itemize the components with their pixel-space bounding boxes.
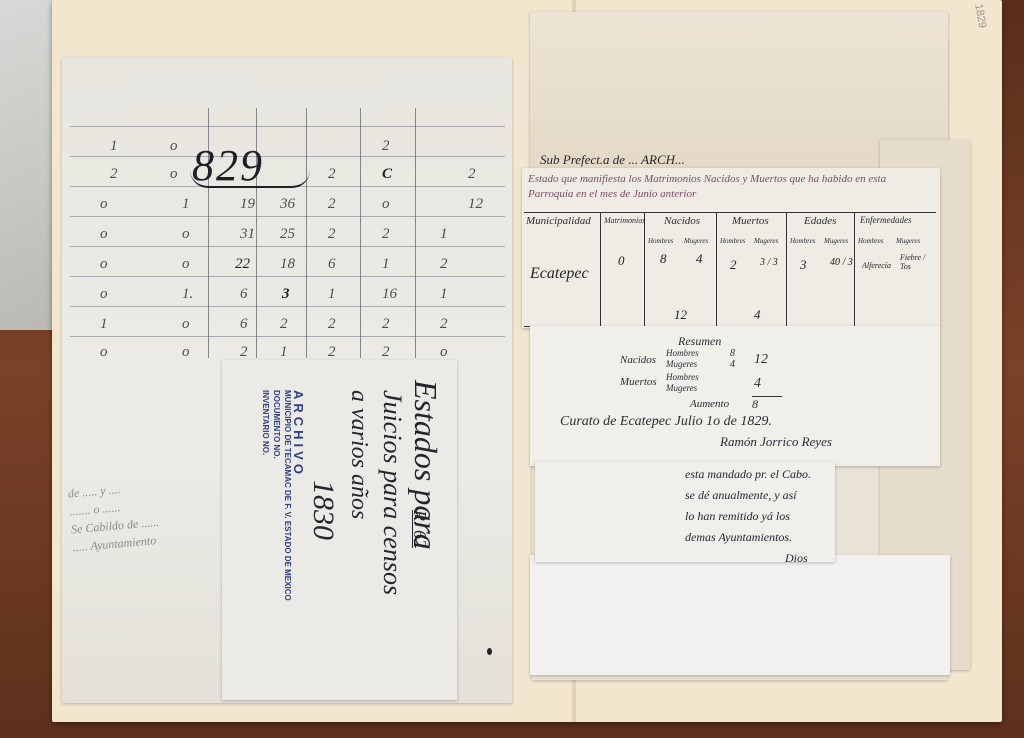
summary-signature: Ramón Jorrico Reyes (720, 434, 832, 450)
ledger-cell: 1 (440, 286, 448, 303)
register-subheader: Mugeres (684, 237, 708, 245)
summary-muertos-total: 4 (754, 376, 761, 392)
letter-fragment: esta mandado pr. el Cabo. se dé anualmen… (535, 462, 835, 562)
stamp-inventory-no: INVENTARIO NO. (260, 390, 271, 601)
ledger-table: 1 o 2 2 o 2 C 2 o 1 19 36 2 o 12 o o 31 … (70, 108, 505, 358)
register-table: Municipalidad Matrimonios Nacidos Muerto… (524, 212, 936, 327)
ledger-cell: 1 (110, 138, 118, 155)
ledger-cell: 1 (440, 226, 448, 243)
summary-nacidos-total: 12 (754, 352, 768, 368)
letter-line: lo han remitido yá los (685, 506, 811, 527)
ledger-cell: C (382, 166, 392, 183)
ledger-cell: 1 (328, 286, 336, 303)
letter-line: se dé anualmente, y así (685, 485, 811, 506)
letter-line: Dios (685, 548, 811, 569)
ledger-cell: 2 (110, 166, 118, 183)
archive-cover-sheet: ARCHIVO MUNICIPIO DE TECAMAC DE F. V. ES… (222, 360, 457, 700)
summary-muertos-label: Muertos (620, 376, 657, 388)
register-value: 3 (800, 257, 807, 273)
letter-line: demas Ayuntamientos. (685, 527, 811, 548)
ledger-cell: o (182, 226, 190, 243)
cover-script-line: Juicios para censos (377, 390, 407, 595)
register-col-line (716, 213, 717, 326)
register-col-header: Edades (804, 215, 836, 227)
ledger-cell: 2 (328, 196, 336, 213)
register-subheader: Mugeres (896, 237, 920, 245)
ledger-cell: 36 (280, 196, 295, 213)
register-value: 40 / 3 (830, 257, 853, 268)
register-col-line (854, 213, 855, 326)
ledger-cell: o (440, 344, 448, 361)
register-col-header: Nacidos (664, 215, 700, 227)
summary-hombres: Hombres (666, 372, 699, 382)
ledger-cell: 1 (280, 344, 288, 361)
register-col-header: Municipalidad (526, 215, 591, 227)
stamp-document-no: DOCUMENTO NO. (271, 390, 282, 601)
cover-reference: R. 62 (409, 510, 430, 548)
archive-stamp: ARCHIVO MUNICIPIO DE TECAMAC DE F. V. ES… (260, 390, 304, 601)
ledger-cell: 6 (240, 316, 248, 333)
ledger-cell: o (100, 256, 108, 273)
ledger-cell: o (182, 256, 190, 273)
ledger-cell: 3 (282, 286, 290, 303)
ledger-rule (70, 336, 505, 337)
ledger-cell: 2 (440, 256, 448, 273)
ledger-cell: 22 (235, 256, 250, 273)
ledger-cell: 2 (240, 344, 248, 361)
ledger-column-line (306, 108, 307, 358)
summary-aumento-label: Aumento (690, 398, 729, 410)
ledger-cell: 1 (100, 316, 108, 333)
register-col-line (600, 213, 601, 326)
summary-mugeres: Mugeres (666, 359, 697, 369)
ledger-column-line (415, 108, 416, 358)
ledger-cell: 2 (468, 166, 476, 183)
register-subheader: Hombres (790, 237, 815, 245)
ledger-cell: 1. (182, 286, 193, 303)
summary-nacidos-mugeres: 4 (730, 359, 735, 370)
ledger-cell: o (100, 226, 108, 243)
cover-year: 1830 (306, 480, 340, 540)
summary-place-date: Curato de Ecatepec Julio 1o de 1829. (560, 414, 772, 430)
summary-sheet: Resumen Nacidos Hombres Mugeres 8 4 12 M… (530, 326, 940, 466)
ledger-rule (70, 276, 505, 277)
subprefectura-header: Sub Prefect.a de ... ARCH... (540, 152, 685, 168)
register-subheader: Hombres (858, 237, 883, 245)
ledger-cell: 2 (328, 166, 336, 183)
register-subheader: Hombres (720, 237, 745, 245)
ledger-cell: 2 (328, 226, 336, 243)
ledger-cell: o (170, 138, 178, 155)
ledger-cell: 2 (382, 344, 390, 361)
summary-mugeres: Mugeres (666, 383, 697, 393)
summary-nacidos-label: Nacidos (620, 354, 656, 366)
register-total: 4 (754, 307, 761, 323)
ledger-cell: 1 (182, 196, 190, 213)
register-value: 0 (618, 253, 625, 269)
summary-nacidos-hombres: 8 (730, 348, 735, 359)
ledger-cell: 2 (280, 316, 288, 333)
ledger-cell: 2 (382, 226, 390, 243)
register-col-header: Enfermedades (860, 215, 912, 225)
ledger-cell: 18 (280, 256, 295, 273)
municipality-name: Ecatepec (530, 265, 589, 283)
ledger-cell: 2 (382, 316, 390, 333)
letter-text: esta mandado pr. el Cabo. se dé anualmen… (685, 464, 811, 569)
register-col-line (786, 213, 787, 326)
ledger-cell: o (382, 196, 390, 213)
ledger-cell: 2 (382, 138, 390, 155)
ledger-cell: 16 (382, 286, 397, 303)
register-col-header: Matrimonios (604, 216, 645, 225)
tissue-paper-sheet (530, 555, 950, 675)
summary-heading: Resumen (678, 334, 721, 349)
folio-flourish (190, 170, 310, 188)
register-total: 12 (674, 307, 687, 323)
ledger-rule (70, 216, 505, 217)
register-title: Estado que manifiesta los Matrimonios Na… (528, 172, 928, 202)
register-value: 4 (696, 251, 703, 267)
ledger-cell: 6 (328, 256, 336, 273)
ledger-cell: o (182, 344, 190, 361)
ledger-rule (70, 126, 505, 127)
parish-register-sheet: Estado que manifiesta los Matrimonios Na… (522, 168, 940, 328)
ledger-cell: o (100, 196, 108, 213)
ledger-rule (70, 156, 505, 157)
letter-line: esta mandado pr. el Cabo. (685, 464, 811, 485)
ink-dot (487, 648, 492, 655)
ledger-cell: o (182, 316, 190, 333)
ledger-cell: o (100, 344, 108, 361)
ledger-cell: 2 (440, 316, 448, 333)
register-subheader: Mugeres (824, 237, 848, 245)
register-value: Fiebre / Tos (900, 253, 936, 271)
ledger-cell: 1 (382, 256, 390, 273)
ledger-rule (70, 306, 505, 307)
ledger-column-line (360, 108, 361, 358)
ledger-cell: 6 (240, 286, 248, 303)
ledger-cell: o (100, 286, 108, 303)
register-col-line (644, 213, 645, 326)
summary-aumento: 8 (752, 396, 782, 412)
stamp-title: ARCHIVO (293, 390, 304, 601)
ledger-cell: 2 (328, 344, 336, 361)
cover-script-line: a varios años (345, 390, 372, 519)
register-value: Alferecía (862, 261, 891, 270)
register-value: 3 / 3 (760, 257, 778, 268)
ledger-cell: 12 (468, 196, 483, 213)
ledger-cell: 31 (240, 226, 255, 243)
ledger-cell: 2 (328, 316, 336, 333)
ledger-cell: 25 (280, 226, 295, 243)
ledger-cell: o (170, 166, 178, 183)
ledger-rule (70, 246, 505, 247)
stamp-municipality: MUNICIPIO DE TECAMAC DE F. V. ESTADO DE … (282, 390, 293, 601)
register-value: 8 (660, 251, 667, 267)
ledger-cell: 19 (240, 196, 255, 213)
faint-notes: de ..... y .... ....... o ...... Se Cabi… (67, 472, 223, 557)
register-col-header: Muertos (732, 215, 769, 227)
register-subheader: Hombres (648, 237, 673, 245)
summary-hombres: Hombres (666, 348, 699, 358)
register-subheader: Mugeres (754, 237, 778, 245)
register-value: 2 (730, 257, 737, 273)
